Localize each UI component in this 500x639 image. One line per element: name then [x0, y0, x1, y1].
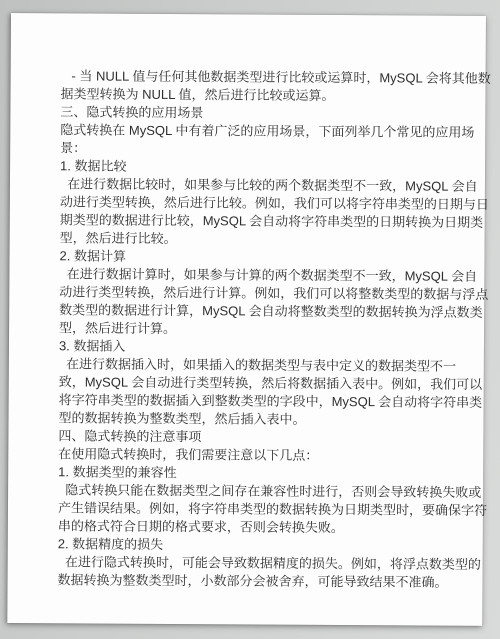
section-3-heading-and-intro: 三、隐式转换的应用场景隐式转换在 MySQL 中有着广泛的应用场景，下面列举几个…: [60, 103, 445, 159]
text-line: 将字符串类型的数据插入到整数类型的字段中，MySQL 会自动将字符串类: [59, 391, 444, 411]
text-line: 据类型转换为 NULL 值，然后进行比较或运算。: [60, 85, 445, 105]
section-4-heading-and-intro: 四、隐式转换的注意事项在使用隐式转换时，我们需要注意以下几点：: [58, 427, 443, 465]
text-line: 型的数据转换为整数类型，然后插入表中。: [58, 409, 443, 429]
text-line: 动进行类型转换，然后进行比较。例如，我们可以将字符串类型的日期与日: [60, 193, 445, 213]
text-line: 型，然后进行比较。: [60, 229, 445, 249]
text-line: 三、隐式转换的应用场景: [60, 103, 445, 123]
text-line: 动进行类型转换，然后进行计算。例如，我们可以将整数类型的数据与浮点: [59, 283, 444, 303]
text-line: 产生错误结果。例如，将字符串类型的数据转换为日期类型时，要确保字符: [58, 499, 443, 519]
text-line: 1. 数据比较: [60, 157, 445, 177]
scenario-2-data-calculation: 2. 数据计算 在进行数据计算时，如果参与计算的两个数据类型不一致，MySQL …: [59, 247, 445, 339]
text-line: 数类型的数据进行计算，MySQL 会自动将整数类型的数据转换为浮点数类: [59, 301, 444, 321]
text-line: 数据转换为整数类型时，小数部分会被舍弃，可能导致结果不准确。: [57, 571, 442, 591]
text-line: 致，MySQL 会自动进行类型转换，然后将数据插入表中。例如，我们可以: [59, 373, 444, 393]
text-line: 在进行数据计算时，如果参与计算的两个数据类型不一致，MySQL 会自: [59, 265, 444, 285]
text-line: 1. 数据类型的兼容性: [58, 463, 443, 483]
null-comparison-note: - 当 NULL 值与任何其他数据类型进行比较或运算时，MySQL 会将其他数据…: [60, 67, 445, 105]
text-line: 隐式转换在 MySQL 中有着广泛的应用场景，下面列举几个常见的应用场: [60, 121, 445, 141]
text-line: 在使用隐式转换时，我们需要注意以下几点：: [58, 445, 443, 465]
text-line: 隐式转换只能在数据类型之间存在兼容性时进行，否则会导致转换失败或: [58, 481, 443, 501]
scenario-3-data-insertion: 3. 数据插入 在进行数据插入时，如果插入的数据类型与表中定义的数据类型不一致，…: [58, 337, 444, 429]
text-line: 型，然后进行计算。: [59, 319, 444, 339]
caution-1-type-compatibility: 1. 数据类型的兼容性 隐式转换只能在数据类型之间存在兼容性时进行，否则会导致转…: [58, 463, 443, 537]
caution-2-precision-loss: 2. 数据精度的损失 在进行隐式转换时，可能会导致数据精度的损失。例如，将浮点数…: [57, 535, 442, 591]
scenario-1-data-comparison: 1. 数据比较 在进行数据比较时，如果参与比较的两个数据类型不一致，MySQL …: [60, 157, 446, 249]
text-line: - 当 NULL 值与任何其他数据类型进行比较或运算时，MySQL 会将其他数: [61, 67, 446, 87]
photo-backdrop: { "colors": { "background_dark": "#bfc1c…: [0, 0, 500, 639]
text-line: 在进行隐式转换时，可能会导致数据精度的损失。例如，将浮点数类型的: [58, 553, 443, 573]
document-page: - 当 NULL 值与任何其他数据类型进行比较或运算时，MySQL 会将其他数据…: [7, 13, 486, 626]
text-line: 在进行数据插入时，如果插入的数据类型与表中定义的数据类型不一: [59, 355, 444, 375]
text-line: 2. 数据计算: [59, 247, 444, 267]
text-line: 串的格式符合日期的格式要求，否则会转换失败。: [58, 517, 443, 537]
text-line: 在进行数据比较时，如果参与比较的两个数据类型不一致，MySQL 会自: [60, 175, 445, 195]
document-content: - 当 NULL 值与任何其他数据类型进行比较或运算时，MySQL 会将其他数据…: [57, 67, 445, 591]
text-line: 景：: [60, 139, 445, 159]
text-line: 2. 数据精度的损失: [58, 535, 443, 555]
text-line: 3. 数据插入: [59, 337, 444, 357]
text-line: 期类型的数据进行比较，MySQL 会自动将字符串类型的日期转换为日期类: [60, 211, 445, 231]
text-line: 四、隐式转换的注意事项: [58, 427, 443, 447]
